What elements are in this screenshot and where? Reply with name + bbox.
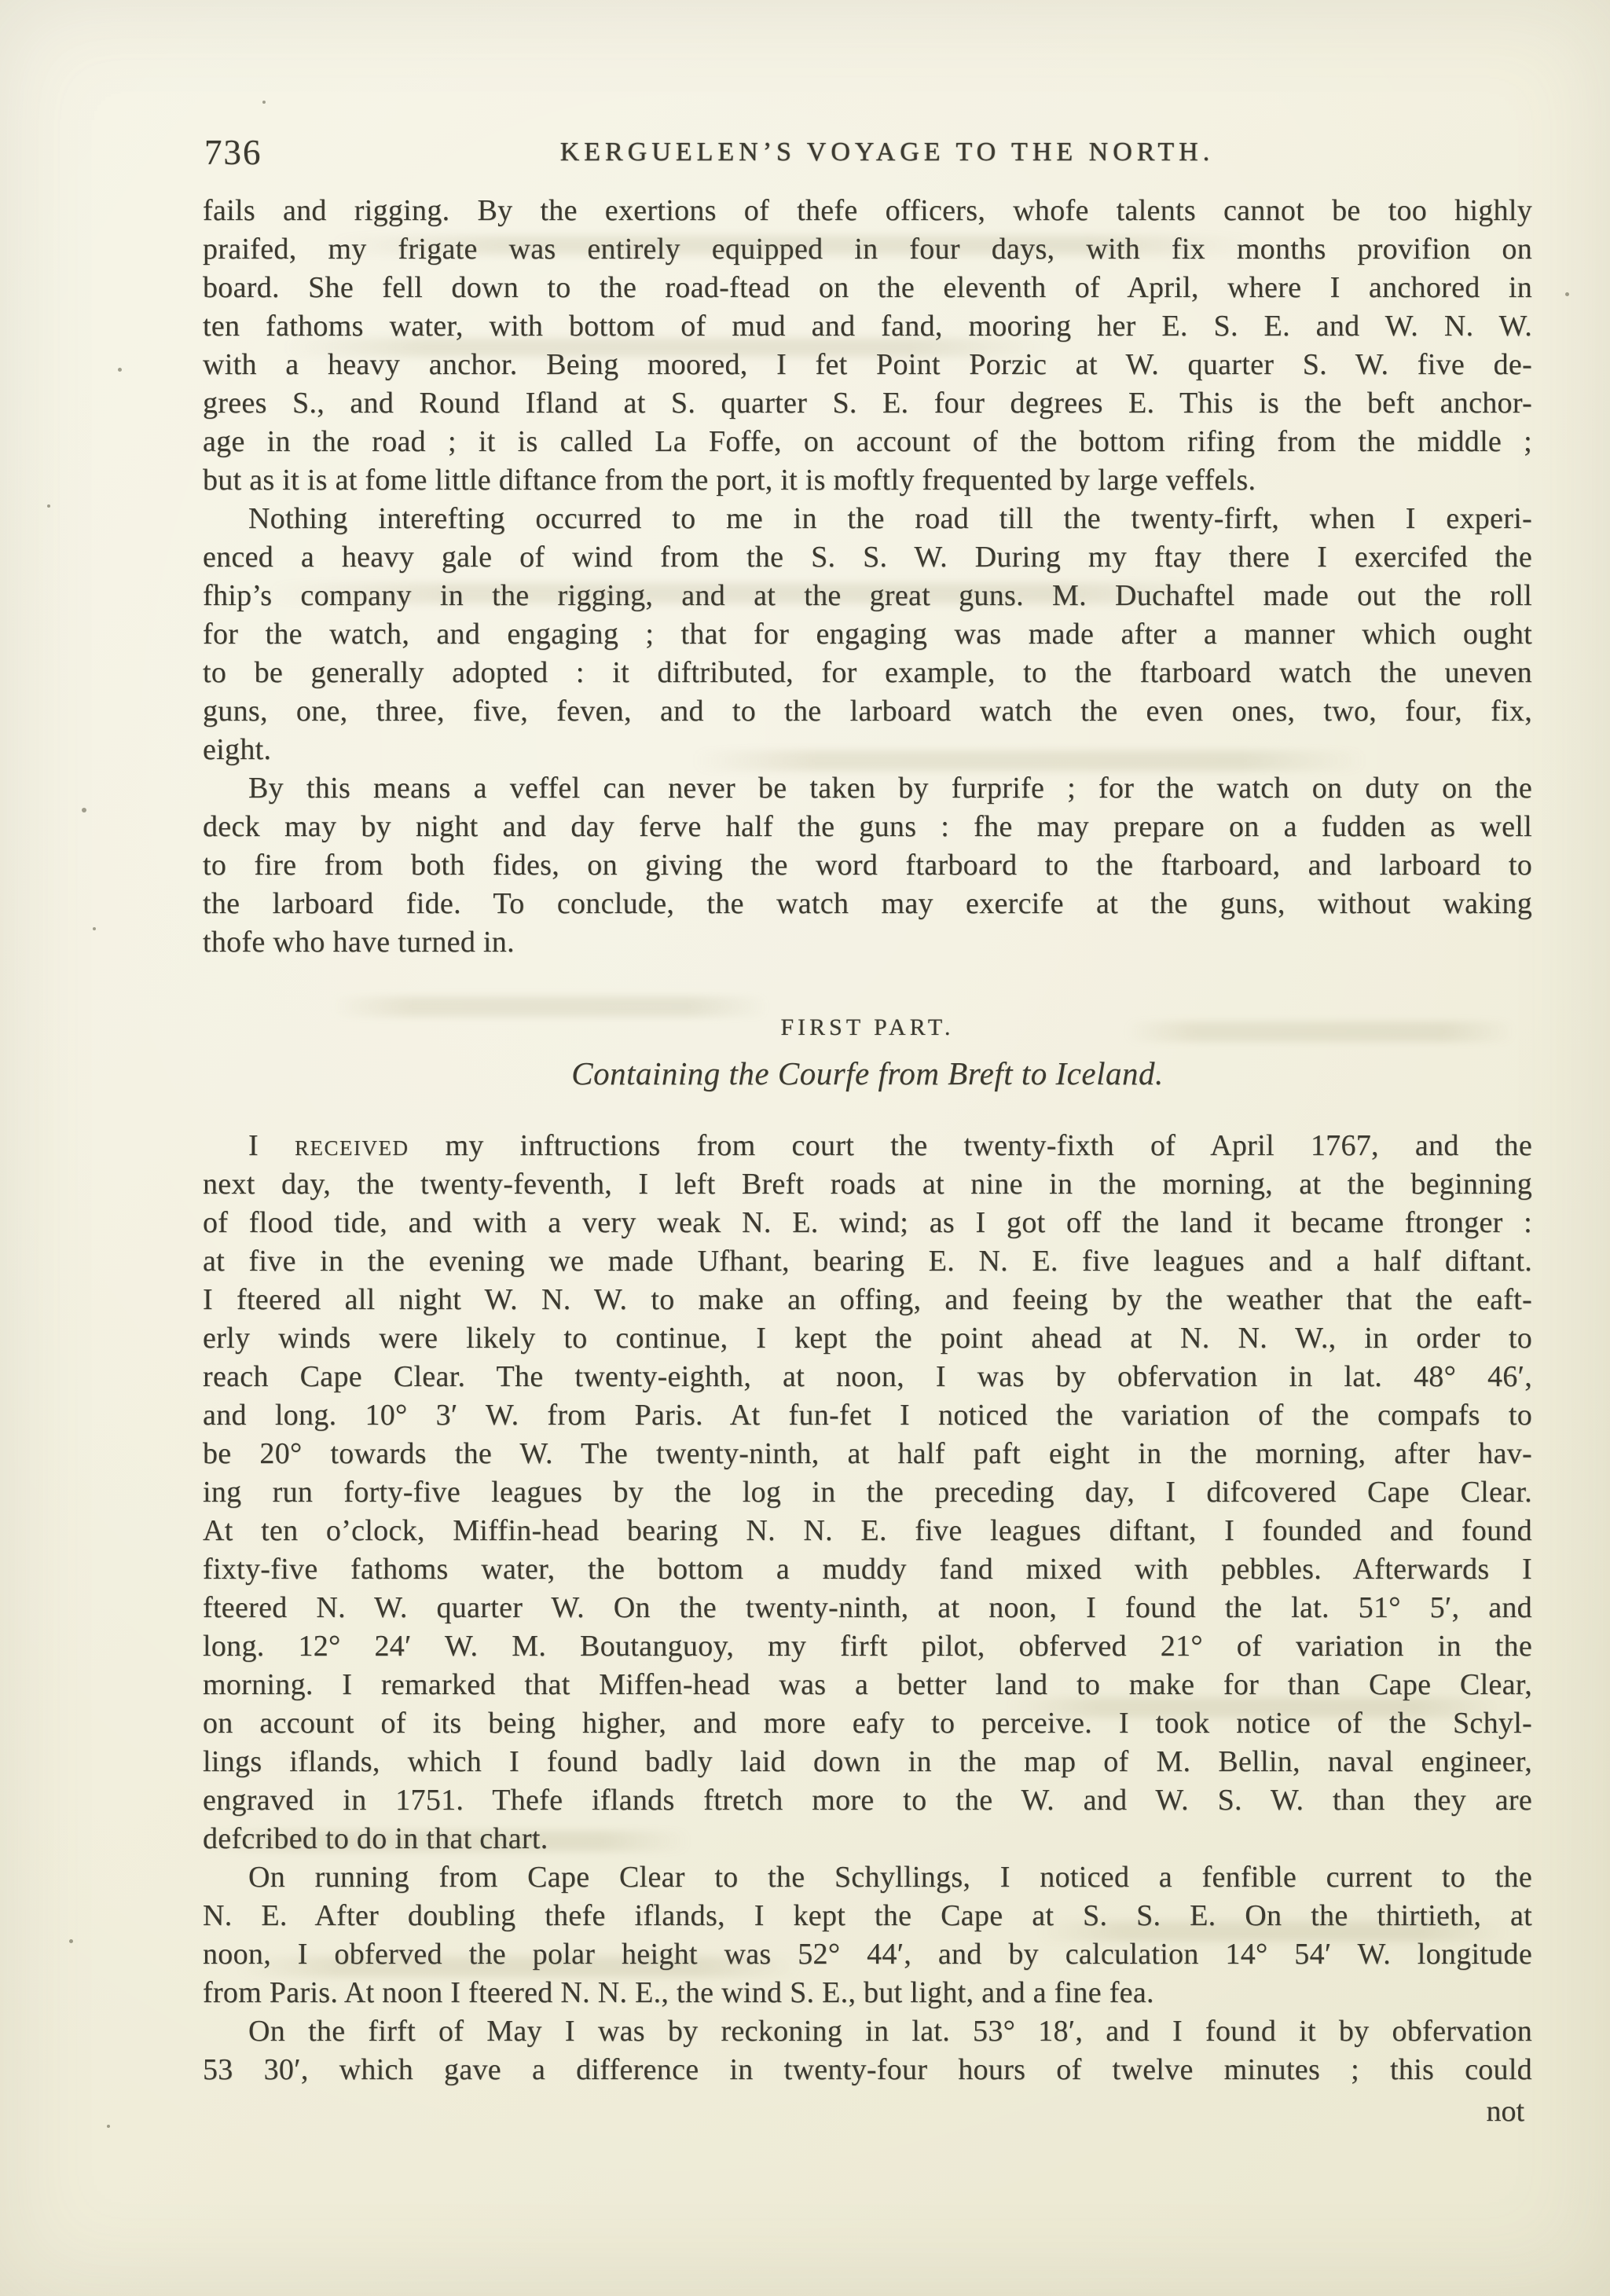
text-line: ten fathoms water, with bottom of mud an… [203,307,1532,346]
paragraph: fails and rigging. By the exertions of t… [203,192,1532,500]
text-line: on account of its being higher, and more… [203,1704,1532,1743]
text-line: long. 12° 24′ W. M. Boutanguoy, my firft… [203,1627,1532,1666]
section-subtitle: Containing the Courfe from Breft to Icel… [203,1053,1532,1094]
text-line: and long. 10° 3′ W. from Paris. At fun-f… [203,1396,1532,1435]
text-line: defcribed to do in that chart. [203,1820,1532,1858]
text-line: thofe who have turned in. [203,923,1532,962]
text-line: be 20° towards the W. The twenty-ninth, … [203,1435,1532,1473]
scan-speck [47,504,50,508]
text-line: fteered N. W. quarter W. On the twenty-n… [203,1589,1532,1627]
text-line: lings iflands, which I found badly laid … [203,1743,1532,1781]
scan-speck [93,927,96,930]
text-line: fixty-five fathoms water, the bottom a m… [203,1550,1532,1589]
small-caps-word: received [295,1129,409,1162]
text-line: fails and rigging. By the exertions of t… [203,192,1532,230]
text-line: erly winds were likely to continue, I ke… [203,1319,1532,1358]
text-line: fhip’s company in the rigging, and at th… [203,577,1532,615]
text-line: to be generally adopted : it diftributed… [203,654,1532,692]
text-line: morning. I remarked that Miffen-head was… [203,1666,1532,1704]
text-line: reach Cape Clear. The twenty-eighth, at … [203,1358,1532,1396]
text-line: but as it is at fome little diftance fro… [203,461,1532,500]
text-line: grees S., and Round Ifland at S. quarter… [203,384,1532,423]
paragraph: On the firft of May I was by reckoning i… [203,2012,1532,2089]
catchword-text: not [1486,2095,1524,2128]
text-line: engraved in 1751. Thefe iflands ftretch … [203,1781,1532,1820]
text-line: eight. [203,731,1532,769]
text-line: ing run forty-five leagues by the log in… [203,1473,1532,1512]
book-page-scan: 736 KERGUELEN’S VOYAGE TO THE NORTH. fai… [0,0,1610,2296]
text-line: deck may by night and day ferve half the… [203,808,1532,846]
text-line: for the watch, and engaging ; that for e… [203,615,1532,654]
scan-speck [262,101,266,104]
text-fragment: my inftructions from court the twenty-fi… [409,1129,1532,1162]
text-line: I fteered all night W. N. W. to make an … [203,1281,1532,1319]
text-line: to fire from both fides, on giving the w… [203,846,1532,885]
text-column: 736 KERGUELEN’S VOYAGE TO THE NORTH. fai… [203,132,1532,2131]
paragraph: On running from Cape Clear to the Schyll… [203,1858,1532,2012]
text-line: At ten o’clock, Miffin-head bearing N. N… [203,1512,1532,1550]
text-fragment: I [248,1129,295,1162]
text-line: board. She fell down to the road-ftead o… [203,269,1532,307]
scan-speck [82,808,86,812]
text-line: By this means a veffel can never be take… [203,769,1532,808]
scan-speck [118,368,122,372]
catchword: not [203,2092,1532,2131]
text-line: guns, one, three, five, feven, and to th… [203,692,1532,731]
page-number: 736 [204,132,262,173]
paragraph: Nothing interefting occurred to me in th… [203,500,1532,769]
text-line: enced a heavy gale of wind from the S. S… [203,538,1532,577]
text-line: age in the road ; it is called La Foffe,… [203,423,1532,461]
paragraph: I received my inftructions from court th… [203,1127,1532,1858]
text-line: N. E. After doubling thefe iflands, I ke… [203,1897,1532,1935]
scan-speck [69,1939,73,1943]
text-line: praifed, my frigate was entirely equippe… [203,230,1532,269]
text-line: noon, I obferved the polar height was 52… [203,1935,1532,1974]
text-line: of flood tide, and with a very weak N. E… [203,1204,1532,1242]
text-line: 53 30′, which gave a difference in twent… [203,2051,1532,2089]
text-line: On running from Cape Clear to the Schyll… [203,1858,1532,1897]
running-head: 736 KERGUELEN’S VOYAGE TO THE NORTH. [203,132,1532,171]
text-line: the larboard fide. To conclude, the watc… [203,885,1532,923]
running-title: KERGUELEN’S VOYAGE TO THE NORTH. [560,138,1215,167]
text-line: with a heavy anchor. Being moored, I fet… [203,346,1532,384]
text-line: Nothing interefting occurred to me in th… [203,500,1532,538]
text-line: I received my inftructions from court th… [203,1127,1532,1165]
text-line: from Paris. At noon I fteered N. N. E., … [203,1974,1532,2012]
page-body: fails and rigging. By the exertions of t… [203,192,1532,2131]
paragraph: By this means a veffel can never be take… [203,769,1532,962]
text-line: at five in the evening we made Ufhant, b… [203,1242,1532,1281]
text-line: next day, the twenty-feventh, I left Bre… [203,1165,1532,1204]
scan-speck [107,2125,110,2128]
text-line: On the firft of May I was by reckoning i… [203,2012,1532,2051]
scan-speck [1565,292,1569,296]
section-heading: FIRST PART. [203,1012,1532,1043]
